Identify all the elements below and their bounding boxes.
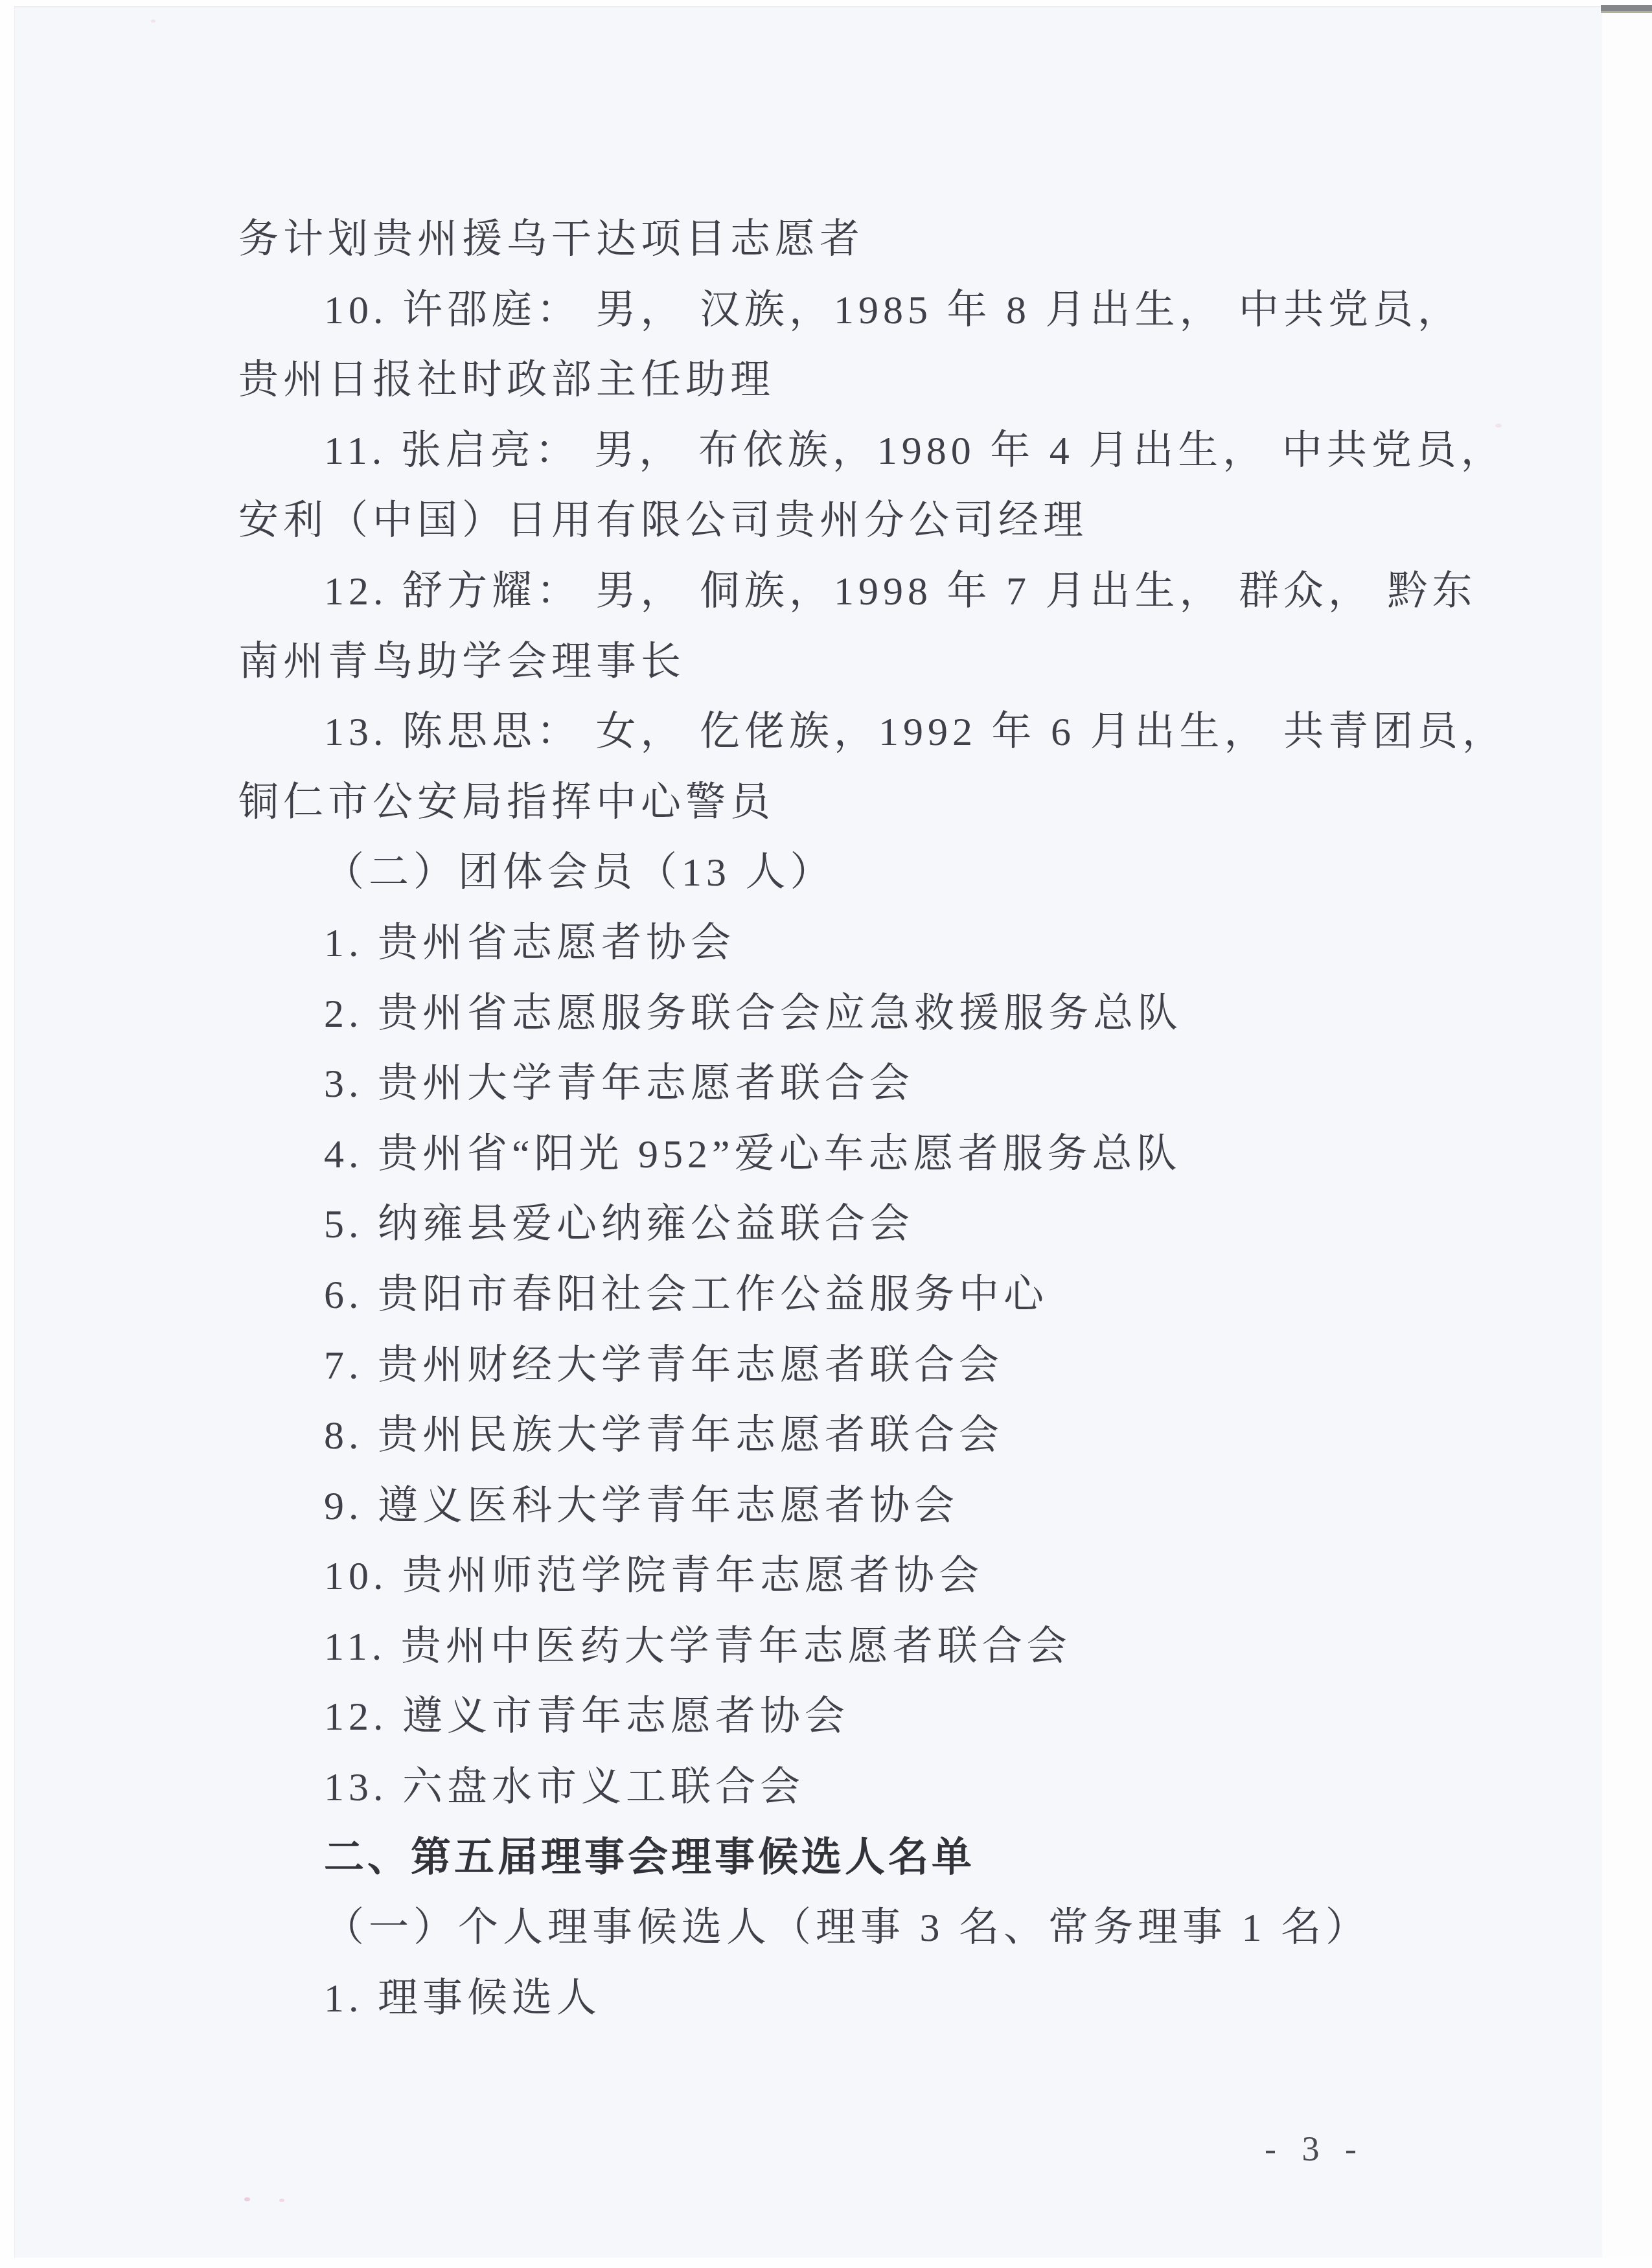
text-line: 务计划贵州援乌干达项目志愿者 (238, 205, 1417, 275)
paper-sheet: 务计划贵州援乌干达项目志愿者10. 许邵庭： 男， 汉族，1985 年 8 月出… (14, 6, 1602, 2258)
text-line: （二）团体会员（13 人） (238, 838, 1417, 908)
text-line: 3. 贵州大学青年志愿者联合会 (238, 1049, 1417, 1119)
text-line: 10. 许邵庭： 男， 汉族，1985 年 8 月出生， 中共党员， (238, 275, 1417, 346)
scanner-right-band (1602, 6, 1652, 2258)
scan-speck (1495, 424, 1502, 428)
scanned-page-canvas: 务计划贵州援乌干达项目志愿者10. 许邵庭： 男， 汉族，1985 年 8 月出… (0, 0, 1652, 2268)
text-line: 11. 张启亮： 男， 布依族，1980 年 4 月出生， 中共党员， (238, 416, 1417, 487)
scan-speck (279, 2199, 284, 2202)
text-line: 1. 理事候选人 (238, 1964, 1417, 2034)
text-line: 2. 贵州省志愿服务联合会应急救援服务总队 (238, 979, 1417, 1049)
text-line: 7. 贵州财经大学青年志愿者联合会 (238, 1331, 1417, 1401)
text-line: 4. 贵州省“阳光 952”爱心车志愿者服务总队 (238, 1119, 1417, 1190)
text-line: 南州青鸟助学会理事长 (238, 627, 1417, 698)
document-body: 务计划贵州援乌干达项目志愿者10. 许邵庭： 男， 汉族，1985 年 8 月出… (238, 205, 1417, 2033)
scan-edge-mark (1601, 5, 1652, 13)
text-line: 11. 贵州中医药大学青年志愿者联合会 (238, 1612, 1417, 1682)
text-line: 安利（中国）日用有限公司贵州分公司经理 (238, 486, 1417, 556)
scan-speck (244, 2197, 250, 2201)
text-line: 8. 贵州民族大学青年志愿者联合会 (238, 1401, 1417, 1471)
text-line: 13. 六盘水市义工联合会 (238, 1752, 1417, 1823)
text-line: 1. 贵州省志愿者协会 (238, 908, 1417, 979)
text-line: 贵州日报社时政部主任助理 (238, 345, 1417, 416)
text-line: 9. 遵义医科大学青年志愿者协会 (238, 1471, 1417, 1542)
scan-speck (151, 19, 155, 23)
text-line: 10. 贵州师范学院青年志愿者协会 (238, 1541, 1417, 1612)
text-line: 13. 陈思思： 女， 仡佬族，1992 年 6 月出生， 共青团员， (238, 697, 1417, 768)
text-line: 二、第五届理事会理事候选人名单 (238, 1823, 1417, 1894)
text-line: 5. 纳雍县爱心纳雍公益联合会 (238, 1189, 1417, 1260)
text-line: 12. 遵义市青年志愿者协会 (238, 1682, 1417, 1752)
text-line: 6. 贵阳市春阳社会工作公益服务中心 (238, 1260, 1417, 1331)
text-line: 12. 舒方耀： 男， 侗族，1998 年 7 月出生， 群众， 黔东 (238, 556, 1417, 627)
text-line: 铜仁市公安局指挥中心警员 (238, 768, 1417, 838)
page-number: - 3 - (1265, 2129, 1358, 2169)
text-line: （一）个人理事候选人（理事 3 名、常务理事 1 名） (238, 1893, 1417, 1964)
